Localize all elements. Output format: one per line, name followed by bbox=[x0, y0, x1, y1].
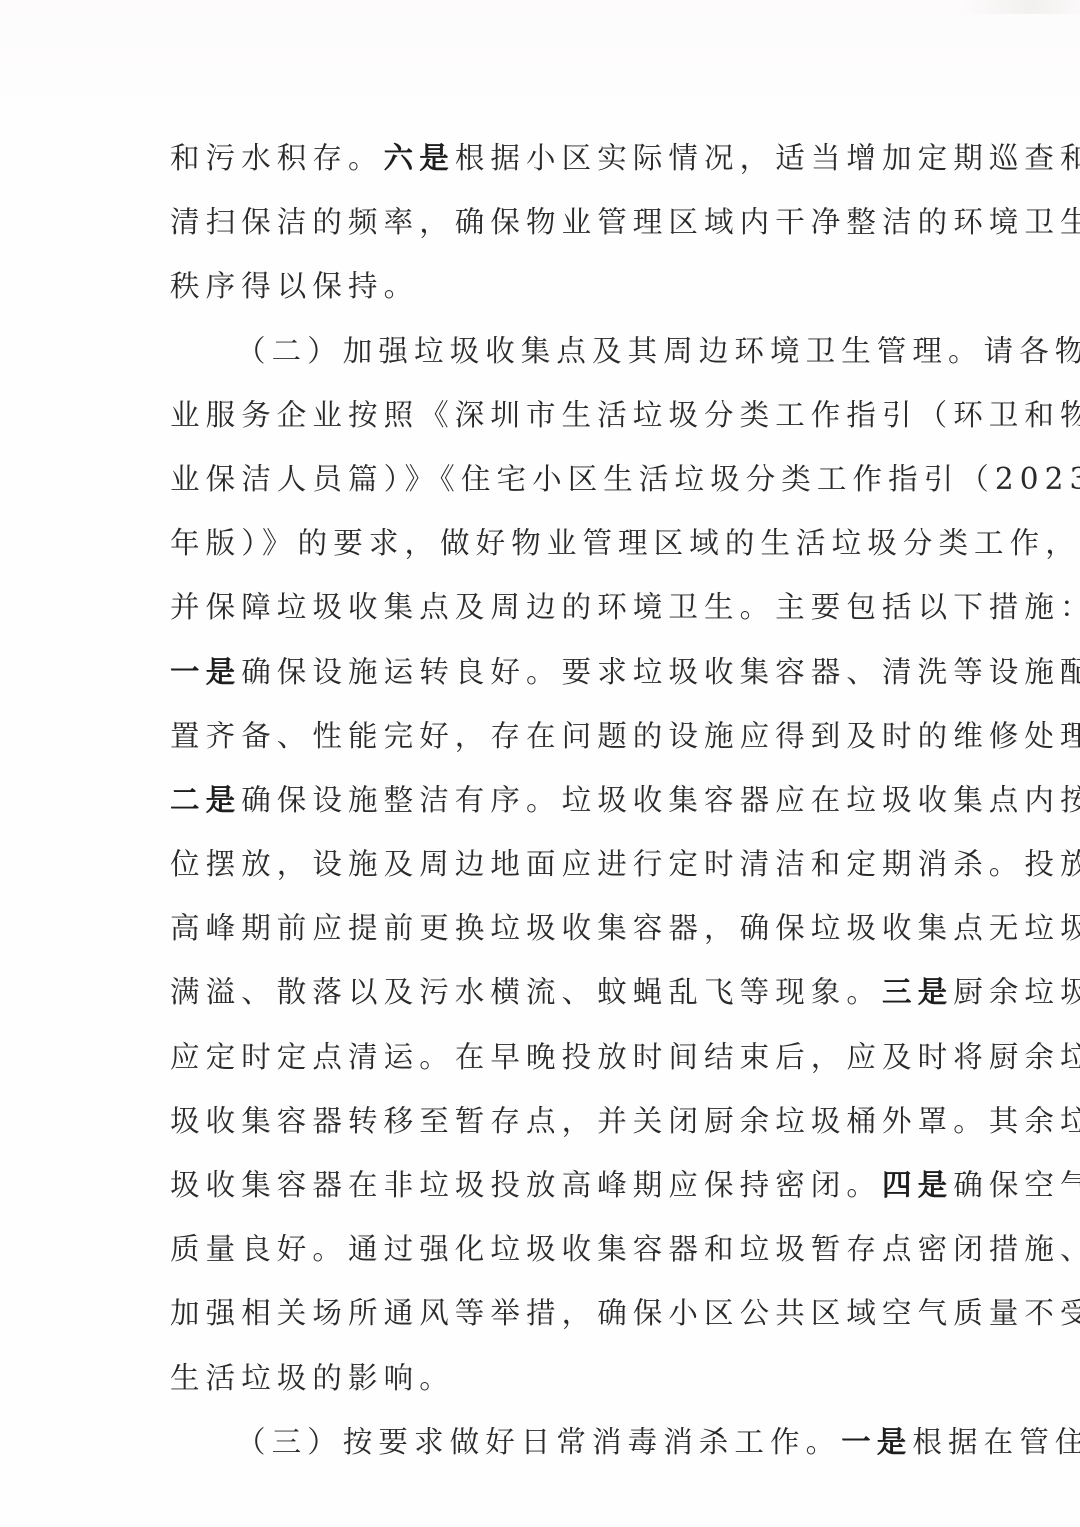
text-line: 高峰期前应提前更换垃圾收集容器，确保垃圾收集点无垃圾 bbox=[170, 896, 920, 960]
text-run: 并保障垃圾收集点及周边的环境卫生。主要包括以下措施： bbox=[170, 590, 1080, 624]
text-run: 应定时定点清运。在早晚投放时间结束后，应及时将厨余垃 bbox=[170, 1040, 1080, 1074]
text-run: 确保设施整洁有序。垃圾收集容器应在垃圾收集点内按 bbox=[241, 783, 1080, 817]
paragraph-section-2: （二）加强垃圾收集点及其周边环境卫生管理。请各物 业服务企业按照《深圳市生活垃圾… bbox=[170, 319, 920, 1410]
text-run: 厨余垃圾 bbox=[953, 975, 1080, 1009]
text-line: 质量良好。通过强化垃圾收集容器和垃圾暂存点密闭措施、 bbox=[170, 1217, 920, 1281]
paragraph-continued: 和污水积存。六是根据小区实际情况，适当增加定期巡查和 清扫保洁的频率，确保物业管… bbox=[170, 126, 920, 319]
text-run: 加强相关场所通风等举措，确保小区公共区域空气质量不受 bbox=[170, 1296, 1080, 1330]
document-page: 和污水积存。六是根据小区实际情况，适当增加定期巡查和 清扫保洁的频率，确保物业管… bbox=[0, 0, 1080, 1527]
text-run: 确保设施运转良好。要求垃圾收集容器、清洗等设施配 bbox=[241, 655, 1080, 689]
text-line: 和污水积存。六是根据小区实际情况，适当增加定期巡查和 bbox=[170, 126, 920, 190]
text-run: 生活垃圾的影响。 bbox=[170, 1361, 455, 1395]
text-run: 年版）》的要求，做好物业管理区域的生活垃圾分类工作， bbox=[170, 526, 1080, 560]
emphasis-marker: 四是 bbox=[882, 1167, 953, 1202]
text-line: 业保洁人员篇）》《住宅小区生活垃圾分类工作指引（2023 bbox=[170, 447, 920, 511]
text-line: 清扫保洁的频率，确保物业管理区域内干净整洁的环境卫生 bbox=[170, 190, 920, 254]
text-line: 圾收集容器在非垃圾投放高峰期应保持密闭。四是确保空气 bbox=[170, 1153, 920, 1217]
text-run: 秩序得以保持。 bbox=[170, 269, 419, 303]
text-line: 加强相关场所通风等举措，确保小区公共区域空气质量不受 bbox=[170, 1281, 920, 1345]
text-run: 质量良好。通过强化垃圾收集容器和垃圾暂存点密闭措施、 bbox=[170, 1232, 1080, 1266]
text-run: 根据在管住 bbox=[912, 1425, 1080, 1459]
emphasis-marker: 二是 bbox=[170, 782, 241, 817]
text-run: 清扫保洁的频率，确保物业管理区域内干净整洁的环境卫生 bbox=[170, 205, 1080, 239]
text-run: 满溢、散落以及污水横流、蚊蝇乱飞等现象。 bbox=[170, 975, 882, 1009]
text-run: 圾收集容器在非垃圾投放高峰期应保持密闭。 bbox=[170, 1168, 882, 1202]
emphasis-marker: 一是 bbox=[841, 1424, 912, 1459]
text-run: 高峰期前应提前更换垃圾收集容器，确保垃圾收集点无垃圾 bbox=[170, 911, 1080, 945]
text-line: 年版）》的要求，做好物业管理区域的生活垃圾分类工作， bbox=[170, 511, 920, 575]
text-run: 业服务企业按照《深圳市生活垃圾分类工作指引（环卫和物 bbox=[170, 398, 1080, 432]
section-heading-line: （二）加强垃圾收集点及其周边环境卫生管理。请各物 bbox=[170, 319, 920, 383]
paragraph-section-3: （三）按要求做好日常消毒消杀工作。一是根据在管住 bbox=[170, 1410, 920, 1474]
text-line: 生活垃圾的影响。 bbox=[170, 1346, 920, 1410]
text-run: （三）按要求做好日常消毒消杀工作。 bbox=[236, 1425, 841, 1459]
emphasis-marker: 三是 bbox=[882, 974, 953, 1009]
emphasis-marker: 一是 bbox=[170, 654, 241, 689]
text-line: 并保障垃圾收集点及周边的环境卫生。主要包括以下措施： bbox=[170, 575, 920, 639]
text-line: 秩序得以保持。 bbox=[170, 254, 920, 318]
text-run: 确保空气 bbox=[953, 1168, 1080, 1202]
text-run: 业保洁人员篇）》《住宅小区生活垃圾分类工作指引（2023 bbox=[170, 462, 1080, 496]
text-run: 圾收集容器转移至暂存点，并关闭厨余垃圾桶外罩。其余垃 bbox=[170, 1104, 1080, 1138]
text-run: （二）加强垃圾收集点及其周边环境卫生管理。请各物 bbox=[236, 334, 1080, 368]
text-run: 和污水积存。 bbox=[170, 141, 384, 175]
text-run: 根据小区实际情况，适当增加定期巡查和 bbox=[455, 141, 1080, 175]
document-body: 和污水积存。六是根据小区实际情况，适当增加定期巡查和 清扫保洁的频率，确保物业管… bbox=[170, 126, 920, 1474]
text-line: 业服务企业按照《深圳市生活垃圾分类工作指引（环卫和物 bbox=[170, 383, 920, 447]
emphasis-marker: 六是 bbox=[384, 140, 455, 175]
text-line: 满溢、散落以及污水横流、蚊蝇乱飞等现象。三是厨余垃圾 bbox=[170, 960, 920, 1024]
text-line: 应定时定点清运。在早晚投放时间结束后，应及时将厨余垃 bbox=[170, 1025, 920, 1089]
text-line: 置齐备、性能完好，存在问题的设施应得到及时的维修处理。 bbox=[170, 704, 920, 768]
text-line: 位摆放，设施及周边地面应进行定时清洁和定期消杀。投放 bbox=[170, 832, 920, 896]
text-line: 圾收集容器转移至暂存点，并关闭厨余垃圾桶外罩。其余垃 bbox=[170, 1089, 920, 1153]
scan-edge-shadow bbox=[960, 0, 1080, 14]
text-line: 一是确保设施运转良好。要求垃圾收集容器、清洗等设施配 bbox=[170, 640, 920, 704]
text-line: 二是确保设施整洁有序。垃圾收集容器应在垃圾收集点内按 bbox=[170, 768, 920, 832]
text-run: 置齐备、性能完好，存在问题的设施应得到及时的维修处理。 bbox=[170, 719, 1080, 753]
text-run: 位摆放，设施及周边地面应进行定时清洁和定期消杀。投放 bbox=[170, 847, 1080, 881]
section-heading-line: （三）按要求做好日常消毒消杀工作。一是根据在管住 bbox=[170, 1410, 920, 1474]
